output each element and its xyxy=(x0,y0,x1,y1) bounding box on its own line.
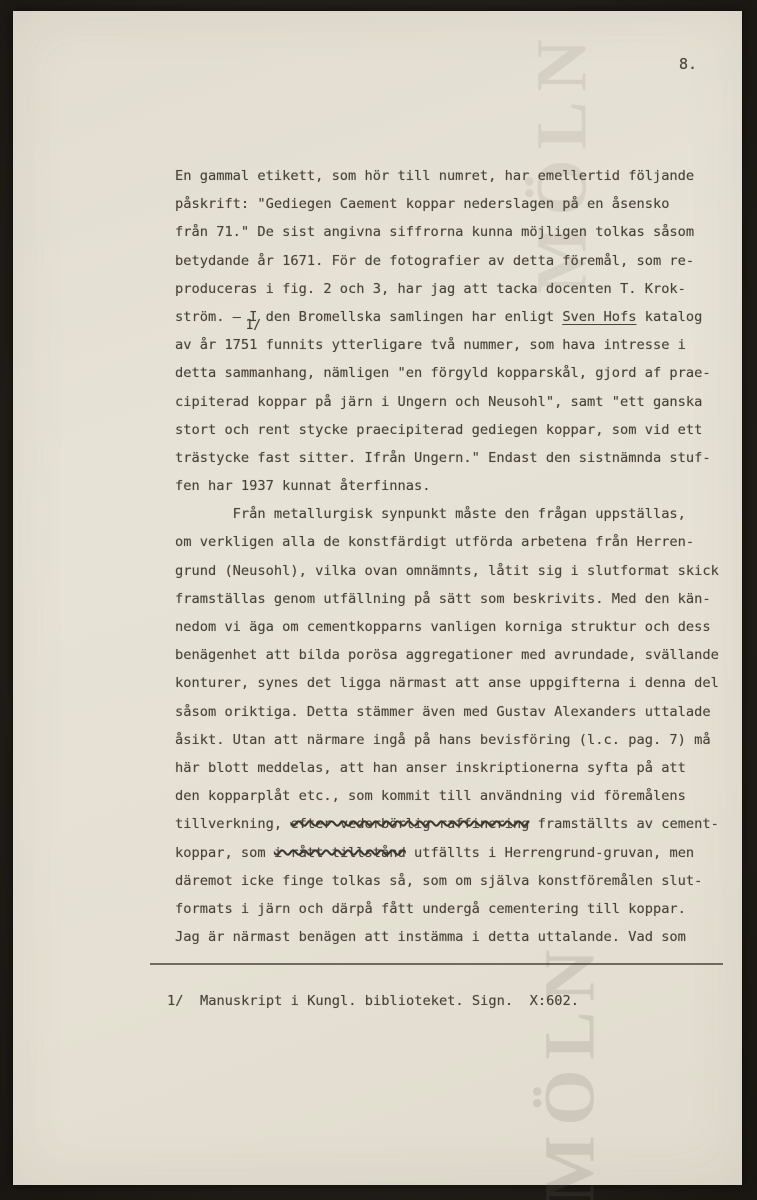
page-number: 8. xyxy=(679,55,697,73)
text-line: trästycke fast sitter. Ifrån Ungern." En… xyxy=(175,444,735,472)
text-line: produceras i fig. 2 och 3, har jag att t… xyxy=(175,275,735,303)
text-segment: trästycke fast sitter. Ifrån Ungern." En… xyxy=(175,450,711,466)
text-segment: En gammal etikett, som hör till numret, … xyxy=(175,168,694,184)
text-segment: stort och rent stycke praecipiterad gedi… xyxy=(175,422,702,438)
text-line: cipiterad koppar på järn i Ungern och Ne… xyxy=(175,388,735,416)
text-segment: benägenhet att bilda porösa aggregatione… xyxy=(175,647,719,663)
text-segment: koppar, som xyxy=(175,845,274,861)
struck-out-text: i rått tillstånd xyxy=(274,845,406,861)
text-segment: nedom vi äga om cementkopparns vanligen … xyxy=(175,619,711,635)
text-line: benägenhet att bilda porösa aggregatione… xyxy=(175,641,735,669)
text-line: fen har 1937 kunnat återfinnas. xyxy=(175,472,735,500)
photo-background: MÖLN MÖLN 8. En gammal etikett, som hör … xyxy=(0,0,757,1200)
text-segment: katalog xyxy=(636,309,702,325)
text-segment: utfällts i Herrengrund-gruvan, men xyxy=(406,845,694,861)
text-line: såsom oriktiga. Detta stämmer även med G… xyxy=(175,698,735,726)
underlined-text: Sven Hofs xyxy=(562,309,636,325)
text-segment: såsom oriktiga. Detta stämmer även med G… xyxy=(175,704,711,720)
text-segment: produceras i fig. 2 och 3, har jag att t… xyxy=(175,281,686,297)
text-line: 1/av år 1751 funnits ytterligare två num… xyxy=(175,331,735,359)
text-line: stort och rent stycke praecipiterad gedi… xyxy=(175,416,735,444)
text-line: påskrift: "Gediegen Caement koppar neder… xyxy=(175,190,735,218)
text-segment: framställts av cement- xyxy=(529,816,719,832)
text-segment: däremot icke finge tolkas så, som om sjä… xyxy=(175,873,702,889)
text-segment: här blott meddelas, att han anser inskri… xyxy=(175,760,686,776)
text-line: åsikt. Utan att närmare ingå på hans bev… xyxy=(175,726,735,754)
text-line: konturer, synes det ligga närmast att an… xyxy=(175,669,735,697)
text-segment: Från metallurgisk synpunkt måste den frå… xyxy=(175,506,686,522)
text-segment: åsikt. Utan att närmare ingå på hans bev… xyxy=(175,732,711,748)
text-segment: från 71." De sist angivna siffrorna kunn… xyxy=(175,224,694,240)
text-line: detta sammanhang, nämligen "en förgyld k… xyxy=(175,359,735,387)
text-line: framställas genom utfällning på sätt som… xyxy=(175,585,735,613)
text-line: En gammal etikett, som hör till numret, … xyxy=(175,162,735,190)
text-segment: tillverkning, xyxy=(175,816,290,832)
text-line: från 71." De sist angivna siffrorna kunn… xyxy=(175,218,735,246)
text-segment: om verkligen alla de konstfärdigt utförd… xyxy=(175,534,694,550)
text-line: den kopparplåt etc., som kommit till anv… xyxy=(175,782,735,810)
text-segment: formats i järn och därpå fått undergå ce… xyxy=(175,901,686,917)
text-line: formats i järn och därpå fått undergå ce… xyxy=(175,895,735,923)
text-line: om verkligen alla de konstfärdigt utförd… xyxy=(175,528,735,556)
text-line: Jag är närmast benägen att instämma i de… xyxy=(175,923,735,951)
text-segment: påskrift: "Gediegen Caement koppar neder… xyxy=(175,196,669,212)
text-segment: detta sammanhang, nämligen "en förgyld k… xyxy=(175,365,711,381)
text-segment: den kopparplåt etc., som kommit till anv… xyxy=(175,788,686,804)
footnote-marker: 1/ xyxy=(175,318,261,333)
text-line: grund (Neusohl), vilka ovan omnämnts, lå… xyxy=(175,557,735,585)
body-text: En gammal etikett, som hör till numret, … xyxy=(175,162,735,951)
text-line: Från metallurgisk synpunkt måste den frå… xyxy=(175,500,735,528)
text-line: nedom vi äga om cementkopparns vanligen … xyxy=(175,613,735,641)
text-segment: framställas genom utfällning på sätt som… xyxy=(175,591,711,607)
text-segment: betydande år 1671. För de fotografier av… xyxy=(175,253,694,269)
text-line: betydande år 1671. För de fotografier av… xyxy=(175,247,735,275)
text-segment: konturer, synes det ligga närmast att an… xyxy=(175,675,719,691)
footnote: 1/ Manuskript i Kungl. biblioteket. Sign… xyxy=(167,987,579,1015)
footnote-rule xyxy=(150,963,723,965)
text-segment: Jag är närmast benägen att instämma i de… xyxy=(175,929,686,945)
text-segment: cipiterad koppar på järn i Ungern och Ne… xyxy=(175,394,702,410)
text-line: koppar, som i rått tillstånd utfällts i … xyxy=(175,839,735,867)
text-line: tillverkning, efter vederbörlig raffiner… xyxy=(175,810,735,838)
struck-out-text: efter vederbörlig raffinering xyxy=(290,816,529,832)
document-page: MÖLN MÖLN 8. En gammal etikett, som hör … xyxy=(13,11,742,1185)
text-segment: av år 1751 funnits ytterligare två numme… xyxy=(175,337,686,353)
text-line: här blott meddelas, att han anser inskri… xyxy=(175,754,735,782)
text-segment: grund (Neusohl), vilka ovan omnämnts, lå… xyxy=(175,563,719,579)
text-line: däremot icke finge tolkas så, som om sjä… xyxy=(175,867,735,895)
text-segment: fen har 1937 kunnat återfinnas. xyxy=(175,478,430,494)
